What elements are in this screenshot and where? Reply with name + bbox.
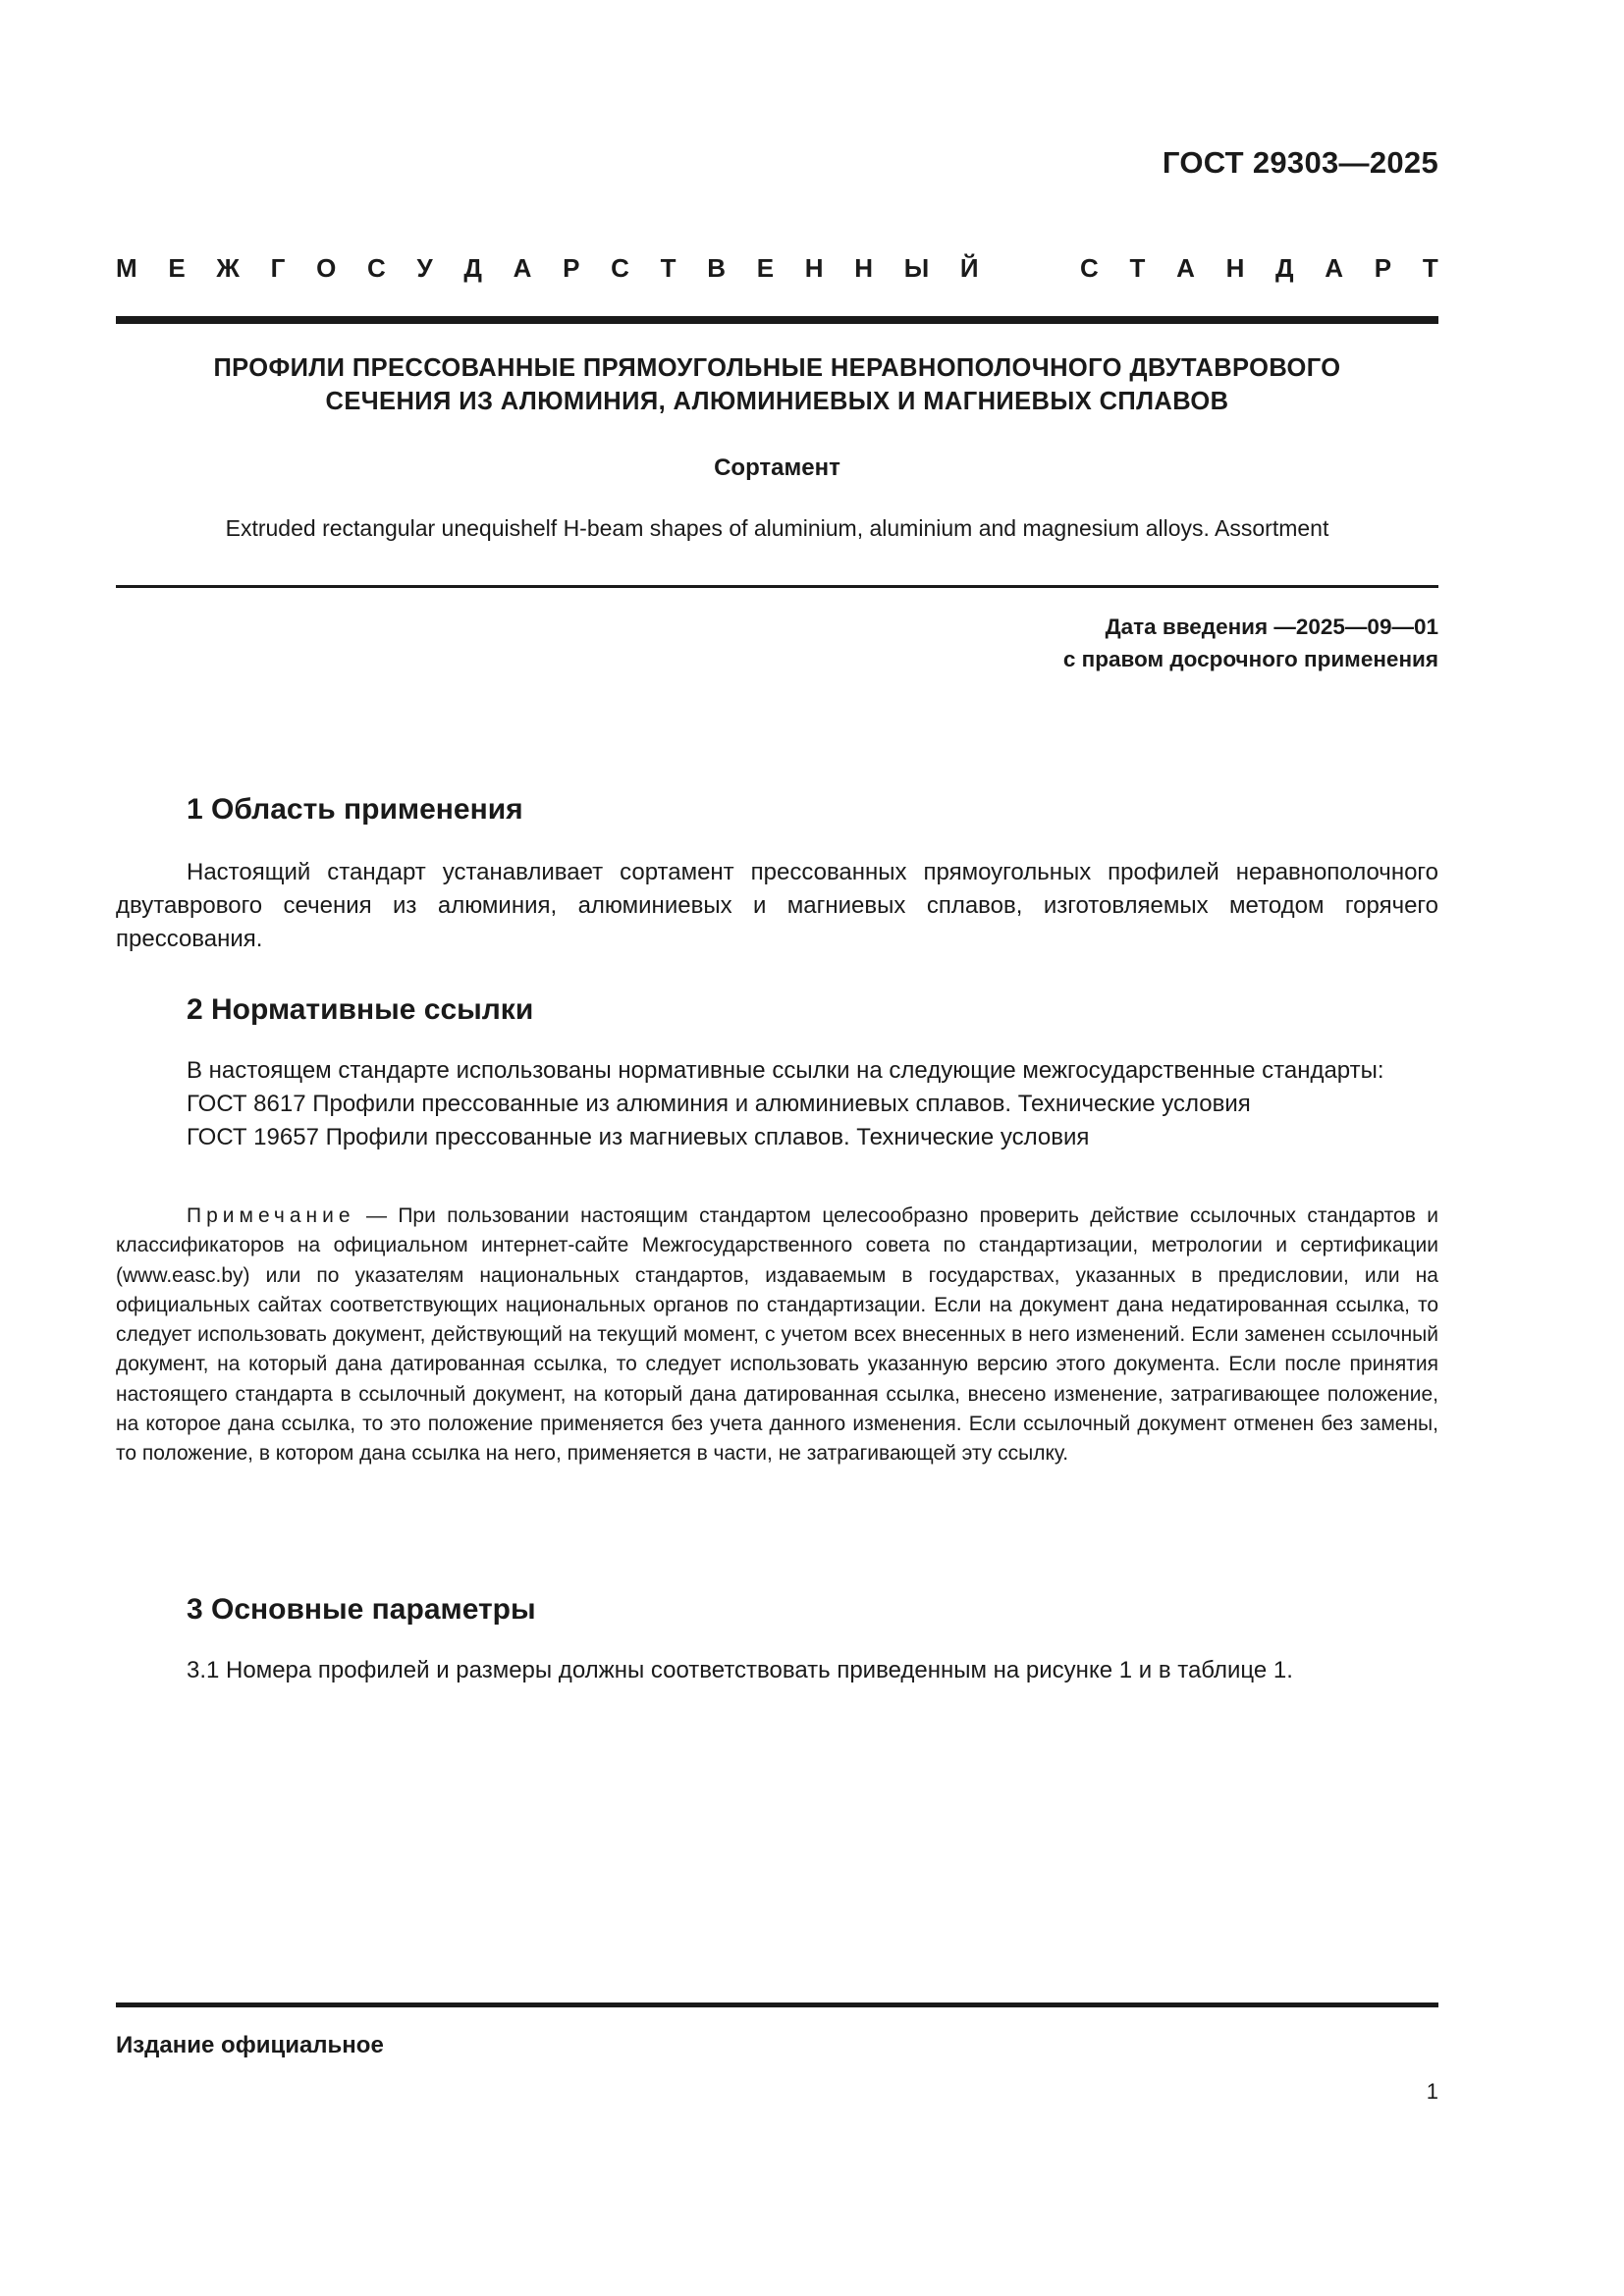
standard-type-letter: А	[514, 253, 532, 284]
references-intro: В настоящем стандарте использованы норма…	[116, 1054, 1438, 1088]
standard-type-letter: Н	[1226, 253, 1245, 284]
note-label: Примечание	[187, 1204, 355, 1227]
clause-3-1-text: 3.1 Номера профилей и размеры должны соо…	[187, 1657, 1293, 1683]
reference-item: ГОСТ 8617 Профили прессованные из алюмин…	[116, 1088, 1438, 1121]
word-gap	[1009, 253, 1049, 284]
standard-type-heading: МЕЖГОСУДАРСТВЕННЫЙСТАНДАРТ	[116, 253, 1438, 284]
standard-type-letter: С	[367, 253, 386, 284]
standard-type-letter: У	[417, 253, 433, 284]
title-divider	[116, 585, 1438, 588]
standard-type-letter: Ж	[216, 253, 240, 284]
section-heading-scope: 1 Область применения	[116, 793, 1509, 827]
title-line-2: СЕЧЕНИЯ ИЗ АЛЮМИНИЯ, АЛЮМИНИЕВЫХ И МАГНИ…	[116, 385, 1438, 418]
official-edition-label: Издание официальное	[116, 2032, 1438, 2059]
note-text: — При пользовании настоящим стандартом ц…	[116, 1204, 1438, 1465]
title-line-1: ПРОФИЛИ ПРЕССОВАННЫЕ ПРЯМОУГОЛЬНЫЕ НЕРАВ…	[116, 351, 1438, 385]
introduction-date-line: Дата введения —2025—09—01	[116, 611, 1438, 643]
standard-type-letter: Т	[1129, 253, 1145, 284]
standard-type-letter: Т	[1423, 253, 1438, 284]
english-title: Extruded rectangular unequishelf H-beam …	[116, 515, 1438, 542]
note: Примечание — При пользовании настоящим с…	[116, 1201, 1438, 1469]
standard-type-letter: Д	[1275, 253, 1294, 284]
standard-type-letter: А	[1325, 253, 1343, 284]
reference-item: ГОСТ 19657 Профили прессованные из магни…	[116, 1121, 1438, 1154]
section-body-scope: Настоящий стандарт устанавливает сортаме…	[116, 856, 1438, 956]
standard-type-letter: А	[1176, 253, 1195, 284]
document-number: ГОСТ 29303—2025	[116, 145, 1438, 181]
document-subtitle: Сортамент	[116, 454, 1438, 482]
standard-type-letter: Н	[805, 253, 824, 284]
standard-type-letter: О	[316, 253, 336, 284]
page-number: 1	[116, 2079, 1438, 2105]
section-heading-normative-references: 2 Нормативные ссылки	[116, 993, 1509, 1027]
standard-type-letter: Р	[1375, 253, 1391, 284]
standard-type-letter: Н	[854, 253, 873, 284]
standard-type-letter: Й	[960, 253, 979, 284]
standard-type-letter: Д	[463, 253, 482, 284]
standard-type-letter: Е	[168, 253, 185, 284]
standard-type-letter: Т	[661, 253, 677, 284]
introduction-date: Дата введения —2025—09—01 с правом досро…	[116, 611, 1438, 675]
standard-type-letter: М	[116, 253, 137, 284]
standard-type-letter: С	[1080, 253, 1099, 284]
document-page: ГОСТ 29303—2025 МЕЖГОСУДАРСТВЕННЫЙСТАНДА…	[116, 0, 1438, 2296]
document-title: ПРОФИЛИ ПРЕССОВАННЫЕ ПРЯМОУГОЛЬНЫЕ НЕРАВ…	[116, 351, 1438, 418]
section-body-main-parameters: 3.1 Номера профилей и размеры должны соо…	[116, 1654, 1438, 1687]
footer-divider	[116, 2002, 1438, 2007]
standard-type-letter: Ы	[904, 253, 929, 284]
section-heading-main-parameters: 3 Основные параметры	[116, 1593, 1509, 1627]
standard-type-letter: Г	[271, 253, 286, 284]
section-body-normative-references: В настоящем стандарте использованы норма…	[116, 1054, 1438, 1154]
standard-type-letter: В	[707, 253, 726, 284]
scope-text: Настоящий стандарт устанавливает сортаме…	[116, 859, 1438, 952]
standard-type-letter: Р	[563, 253, 579, 284]
early-application-line: с правом досрочного применения	[116, 643, 1438, 675]
standard-type-letter: С	[611, 253, 629, 284]
header-divider	[116, 316, 1438, 324]
standard-type-letter: Е	[757, 253, 774, 284]
